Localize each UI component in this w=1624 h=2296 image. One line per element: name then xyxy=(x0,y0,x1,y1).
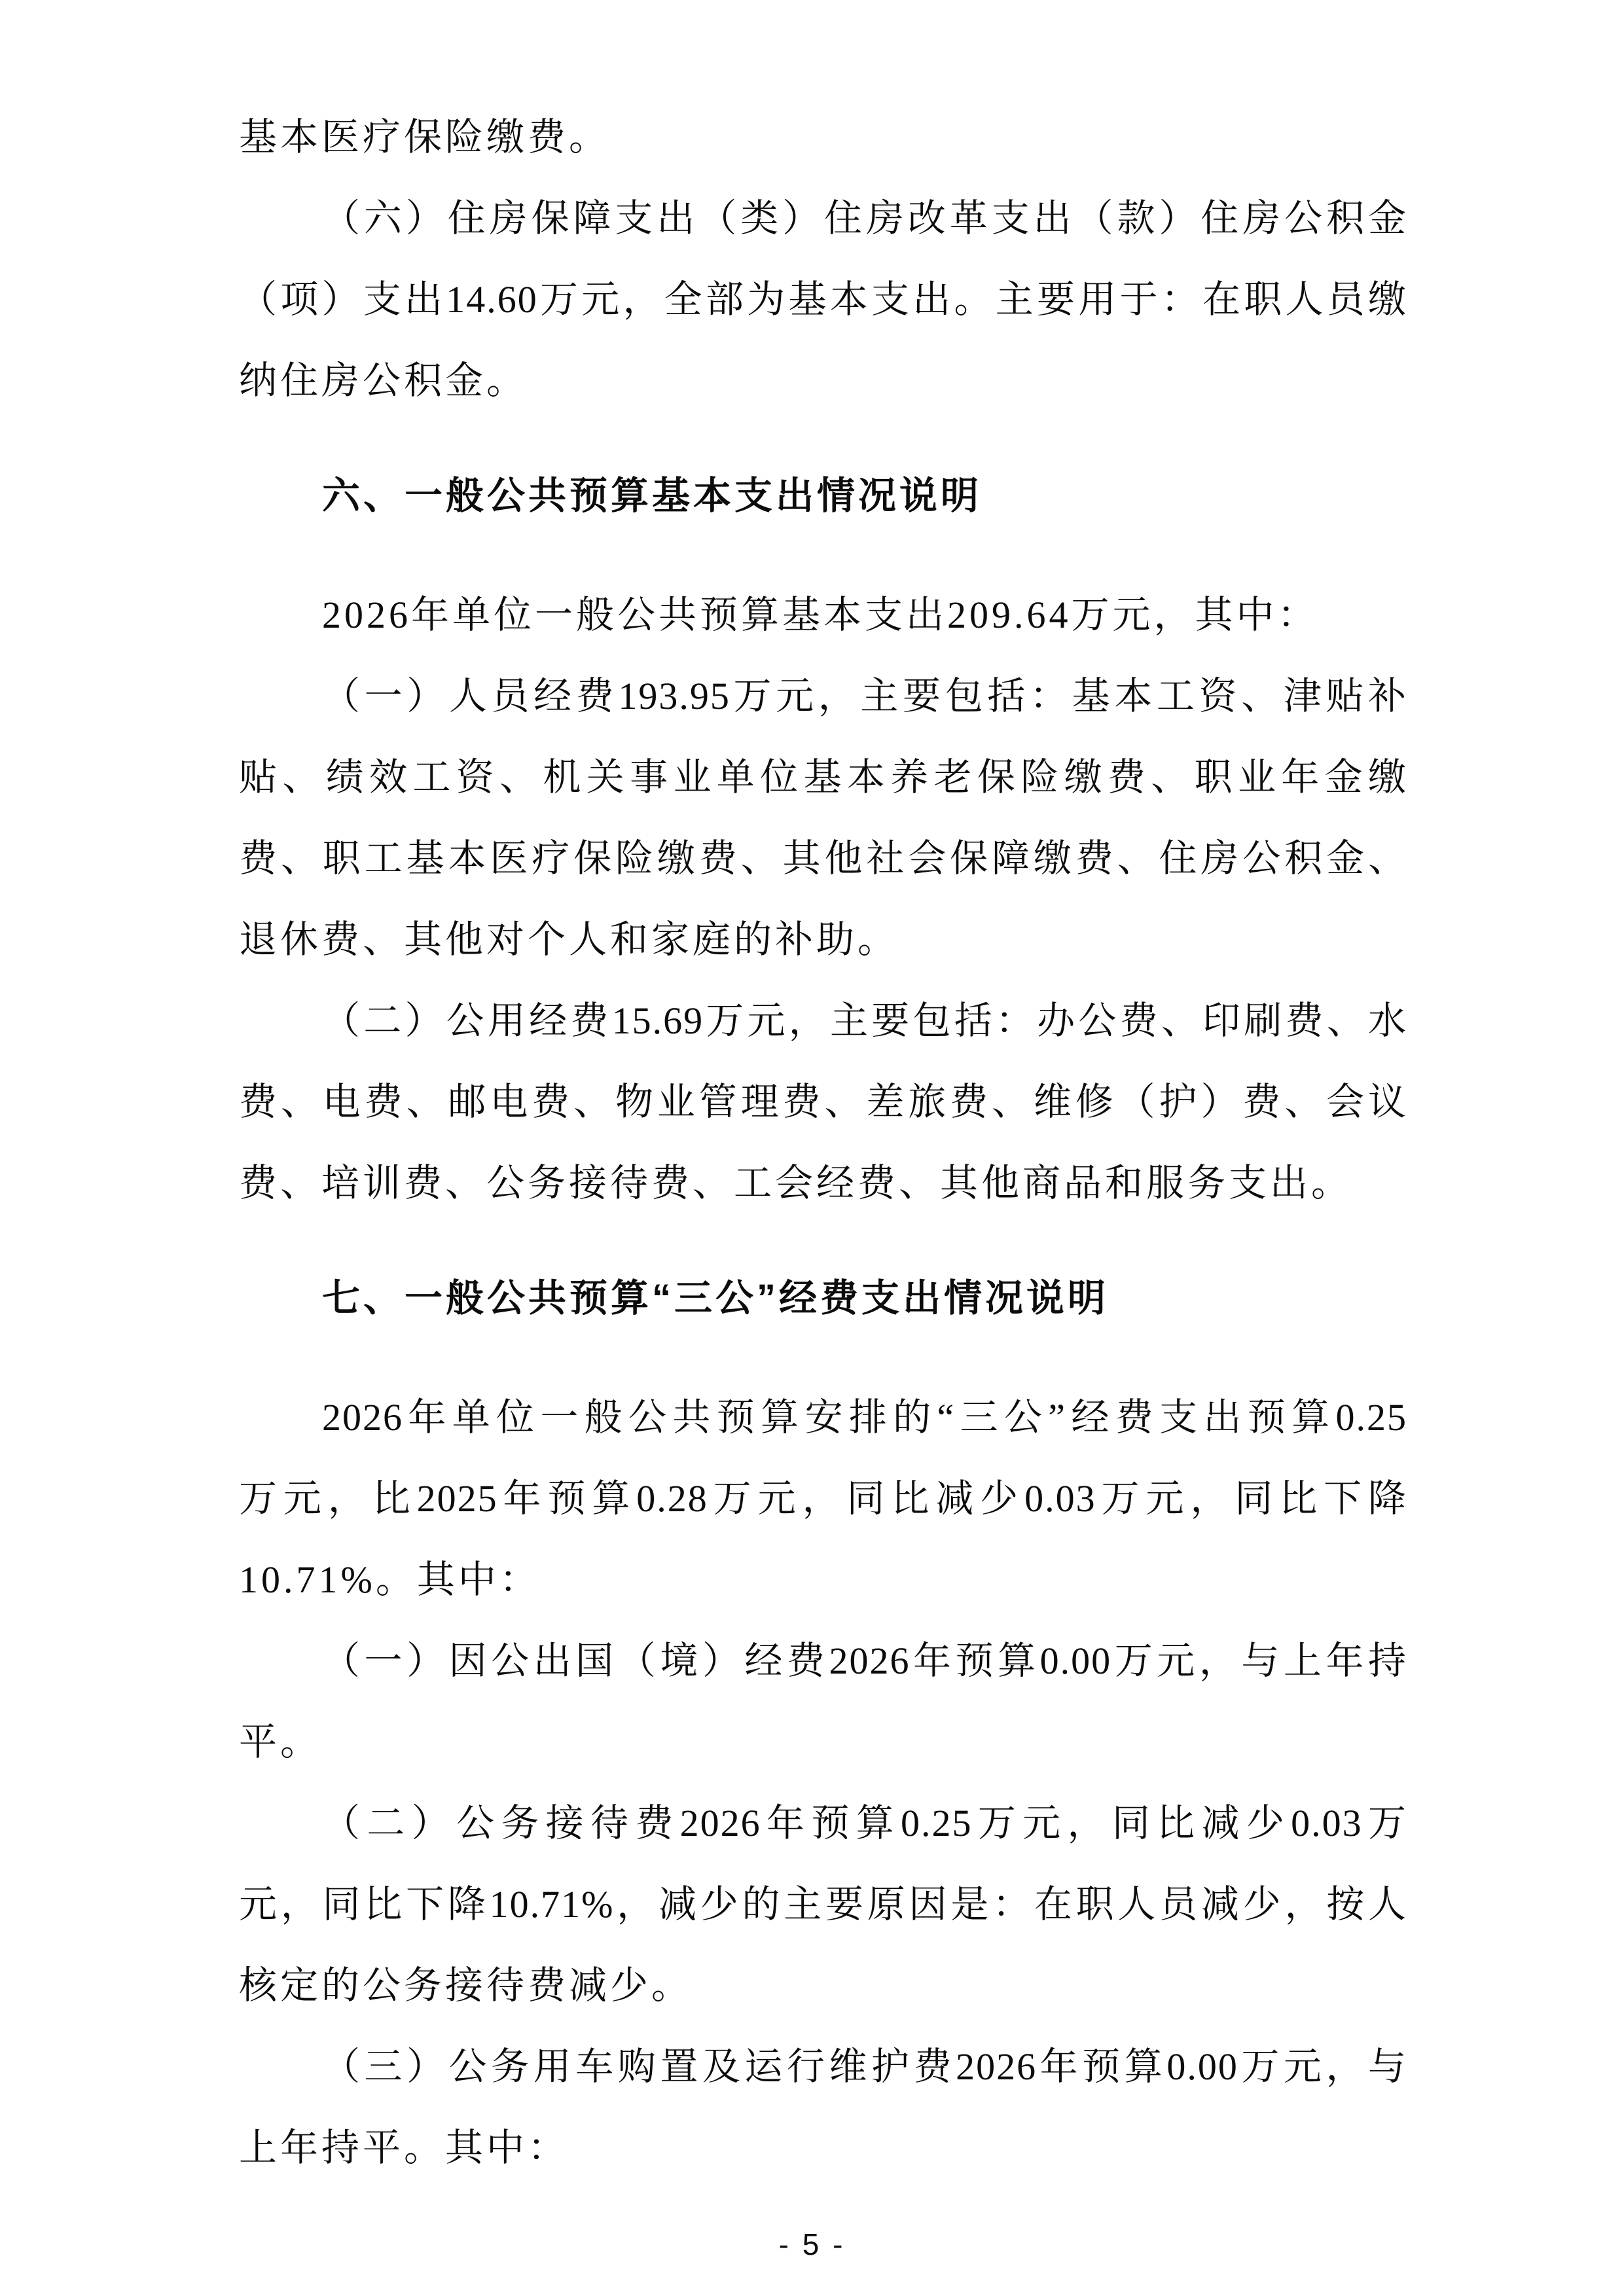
document-page: 基本医疗保险缴费。（六）住房保障支出（类）住房改革支出（款）住房公积金（项）支出… xyxy=(0,0,1624,2296)
text-line: 10.71%。其中： xyxy=(239,1539,1407,1621)
section-heading: 六、一般公共预算基本支出情况说明 xyxy=(239,456,1407,537)
text-line: 费、电费、邮电费、物业管理费、差旅费、维修（护）费、会议 xyxy=(239,1062,1407,1143)
text-line: 贴、绩效工资、机关事业单位基本养老保险缴费、职业年金缴 xyxy=(239,737,1407,818)
text-line: 退休费、其他对个人和家庭的补助。 xyxy=(239,899,1407,980)
text-line: 七、一般公共预算“三公”经费支出情况说明 xyxy=(239,1258,1407,1339)
text-line: 费、培训费、公务接待费、工会经费、其他商品和服务支出。 xyxy=(239,1143,1407,1224)
text-line: 六、一般公共预算基本支出情况说明 xyxy=(239,456,1407,537)
text-line: 纳住房公积金。 xyxy=(239,340,1407,422)
paragraph: （一）因公出国（境）经费2026年预算0.00万元，与上年持平。 xyxy=(239,1621,1407,1783)
paragraph: 2026年单位一般公共预算安排的“三公”经费支出预算0.25万元，比2025年预… xyxy=(239,1377,1407,1621)
text-line: 2026年单位一般公共预算安排的“三公”经费支出预算0.25 xyxy=(239,1377,1407,1458)
paragraph: （三）公务用车购置及运行维护费2026年预算0.00万元，与上年持平。其中： xyxy=(239,2026,1407,2189)
document-content: 基本医疗保险缴费。（六）住房保障支出（类）住房改革支出（款）住房公积金（项）支出… xyxy=(239,97,1407,2189)
text-line: 核定的公务接待费减少。 xyxy=(239,1945,1407,2026)
text-line: （一）人员经费193.95万元，主要包括：基本工资、津贴补 xyxy=(239,656,1407,737)
text-line: 平。 xyxy=(239,1702,1407,1783)
paragraph: 2026年单位一般公共预算基本支出209.64万元，其中： xyxy=(239,575,1407,656)
text-line: 基本医疗保险缴费。 xyxy=(239,97,1407,178)
paragraph: 基本医疗保险缴费。 xyxy=(239,97,1407,178)
paragraph: （二）公用经费15.69万元，主要包括：办公费、印刷费、水费、电费、邮电费、物业… xyxy=(239,980,1407,1224)
text-line: 万元，比2025年预算0.28万元，同比减少0.03万元，同比下降 xyxy=(239,1458,1407,1539)
text-line: 上年持平。其中： xyxy=(239,2108,1407,2189)
text-line: （一）因公出国（境）经费2026年预算0.00万元，与上年持 xyxy=(239,1621,1407,1702)
section-heading: 七、一般公共预算“三公”经费支出情况说明 xyxy=(239,1258,1407,1339)
paragraph: （二）公务接待费2026年预算0.25万元，同比减少0.03万元，同比下降10.… xyxy=(239,1783,1407,2026)
text-line: （项）支出14.60万元，全部为基本支出。主要用于：在职人员缴 xyxy=(239,259,1407,340)
text-line: 费、职工基本医疗保险缴费、其他社会保障缴费、住房公积金、 xyxy=(239,818,1407,899)
paragraph: （一）人员经费193.95万元，主要包括：基本工资、津贴补贴、绩效工资、机关事业… xyxy=(239,656,1407,980)
paragraph: （六）住房保障支出（类）住房改革支出（款）住房公积金（项）支出14.60万元，全… xyxy=(239,178,1407,422)
text-line: （二）公用经费15.69万元，主要包括：办公费、印刷费、水 xyxy=(239,980,1407,1062)
text-line: 2026年单位一般公共预算基本支出209.64万元，其中： xyxy=(239,575,1407,656)
text-line: （三）公务用车购置及运行维护费2026年预算0.00万元，与 xyxy=(239,2026,1407,2108)
text-line: （二）公务接待费2026年预算0.25万元，同比减少0.03万 xyxy=(239,1783,1407,1864)
page-number: - 5 - xyxy=(0,2227,1624,2262)
text-line: （六）住房保障支出（类）住房改革支出（款）住房公积金 xyxy=(239,178,1407,259)
text-line: 元，同比下降10.71%，减少的主要原因是：在职人员减少，按人 xyxy=(239,1864,1407,1945)
